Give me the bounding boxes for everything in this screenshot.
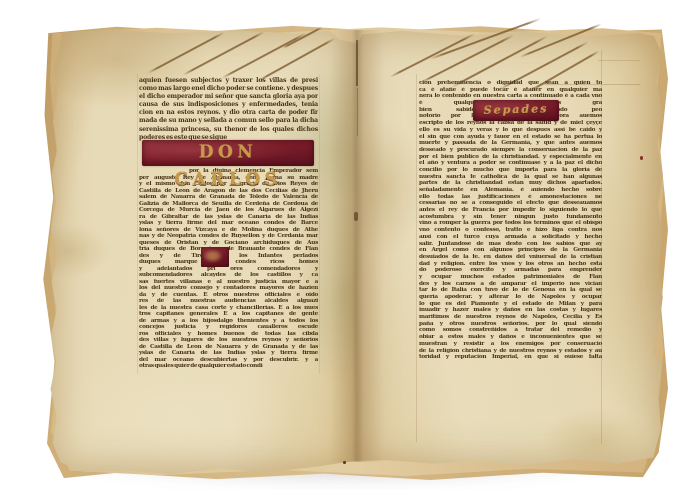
ink-speck (343, 461, 346, 464)
text-line: y ocupar muchos estados patrimoniales de… (419, 274, 602, 281)
text-line: desseado y procurado siempre la conserua… (419, 147, 602, 154)
text-line: el dicho emperador mi señor que sancta g… (139, 93, 318, 101)
text-line: ansi con el turco cuya armada a solicita… (419, 234, 602, 241)
sewing-thread (356, 40, 358, 86)
text-line: por el bien publico de la christiandad. … (419, 154, 602, 161)
ruling-line (598, 60, 640, 61)
ruling-line (416, 74, 417, 442)
text-line: ca é atañe é puede tocar é atañer en qua… (419, 87, 602, 94)
text-line: muestran y resistir a los enemigos por c… (419, 341, 602, 348)
text-line: concejos justicia y regidores caualleros… (139, 324, 318, 331)
text-line: en Argel como con algunos principes de l… (419, 247, 602, 254)
rubric-gold-script: Sepades (473, 99, 559, 121)
ruling-line (319, 74, 320, 374)
text-line: salir. Juntandose de mas desto con los s… (419, 241, 602, 248)
text-line: lo que es del Piamonte y el estado de Mi… (419, 301, 602, 308)
text-line: nas y de Neopatria condes de Ruysellon y… (139, 233, 318, 240)
text-line: subcomendadores alcaydes de los castillo… (139, 272, 318, 279)
text-line: queria apoderar. y alterar lo de Napoles… (419, 294, 602, 301)
text-line: nuestra sancta fe catholica de la qual s… (419, 174, 602, 181)
text-line: como mas largo enel dicho poder se conti… (139, 85, 318, 93)
text-line: maritimos de nuestros reynos de Napoles,… (419, 314, 602, 321)
manuscript-photo: aquien fuesen subjectos y traxer los vil… (0, 0, 700, 490)
text-line: partes de la christiandad estan muy dich… (419, 180, 602, 187)
text-line: mada de su mano y sellada a comun sello … (139, 117, 318, 125)
red-ink-speck (640, 156, 643, 160)
sewing-thread-knot (354, 212, 358, 221)
text-line: causa de sus indisposiciones y enfermeda… (139, 101, 318, 109)
text-line: aquien fuesen subjectos y traxer los vil… (139, 77, 318, 85)
text-line: vno contento o confesso, tratto e hizo l… (419, 227, 602, 234)
text-line: cion preheminencia o dignidad que sean a… (419, 80, 602, 87)
text-line: obiar a estos males y daños e inconuenie… (419, 334, 602, 341)
text-line: ello todas las justificaciones é amonest… (419, 194, 602, 201)
right-page-body-text: cion preheminencia o dignidad que sean a… (419, 80, 602, 361)
text-line: como somos constreñidos a tratar del rem… (419, 327, 602, 334)
inline-rubric-cartouche (201, 247, 229, 267)
text-line: otras quales quier de qualquier estado c… (139, 363, 318, 370)
text-line: el sin que con ayuda y fauor en el estad… (419, 134, 602, 141)
text-line: desuiados de la fe. en daños del vniuers… (419, 254, 602, 261)
text-line: Corcega de Murcia de Jaen de los Algarue… (139, 207, 318, 214)
text-line: cessarias no se a conseguido el efecto q… (419, 200, 602, 207)
text-line: tar lo de Italia con tuvo de lo de Genou… (419, 287, 602, 294)
doncarlos-rubric-band: DON CARLOS (142, 140, 314, 166)
text-line: toridad y reputacion Imperial, en que si… (419, 354, 602, 361)
text-line: yslas y tierra firme del mar oceano cond… (139, 220, 318, 227)
ruling-line (137, 74, 138, 374)
text-line: des y los carnos a de amparar el imperio… (419, 281, 602, 288)
text-line: cion en na estos reynos. y dio otra cart… (139, 109, 318, 117)
text-line: vino a romper la guerra por todos los te… (419, 220, 602, 227)
left-page-body-text: por la diuina clemencia Emperador semper… (139, 168, 318, 370)
text-line: des villas y lugares de los nuestros rey… (139, 337, 318, 344)
text-line: el año y ventura a poder se continuase y… (419, 160, 602, 167)
text-line: concilio por lo mucho que importa para l… (419, 167, 602, 174)
text-line: muerte y passada de la Germania, y que a… (419, 140, 602, 147)
left-page-intro-text: aquien fuesen subjectos y traxer los vil… (139, 77, 318, 142)
text-line: señaladamente en Alemania. é auiendo hec… (419, 187, 602, 194)
text-line: inuadir y hazer males y daños en las cos… (419, 307, 602, 314)
rubric-gold-text: DON CARLOS (142, 139, 314, 193)
text-line: res de las nuestras audiencias alcaldes … (139, 298, 318, 305)
text-line: antes el rey de Francia por impedir lo s… (419, 207, 602, 214)
text-line: salem de Nauarra de Granada de Toledo de… (139, 194, 318, 201)
text-line: los del nuestro consejo y contadores may… (139, 285, 318, 292)
text-line: dad y religion. entre los vnos y los otr… (419, 261, 602, 268)
text-line: ello es su vida y veras y lo que despues… (419, 127, 602, 134)
text-line: serenissima princesa, su thenor de los q… (139, 126, 318, 134)
text-line: yslas de Canaria de las Indias yslas y t… (139, 350, 318, 357)
gold-script-rubric-band: Sepades (473, 100, 559, 121)
text-line: escripto de los reynos la cabsa de la sa… (419, 120, 602, 127)
text-line: acostumbra y sin tener ningun justo fund… (419, 214, 602, 221)
sewing-thread (357, 88, 358, 136)
text-line: do poderoso exercito y armadas para empr… (419, 267, 602, 274)
text-line: paña y otros nuestros señorios. por lo q… (419, 321, 602, 328)
text-line: tros capitanes generales E a los capitan… (139, 311, 318, 318)
text-line: de la religion christiana y de nuestros … (419, 348, 602, 355)
